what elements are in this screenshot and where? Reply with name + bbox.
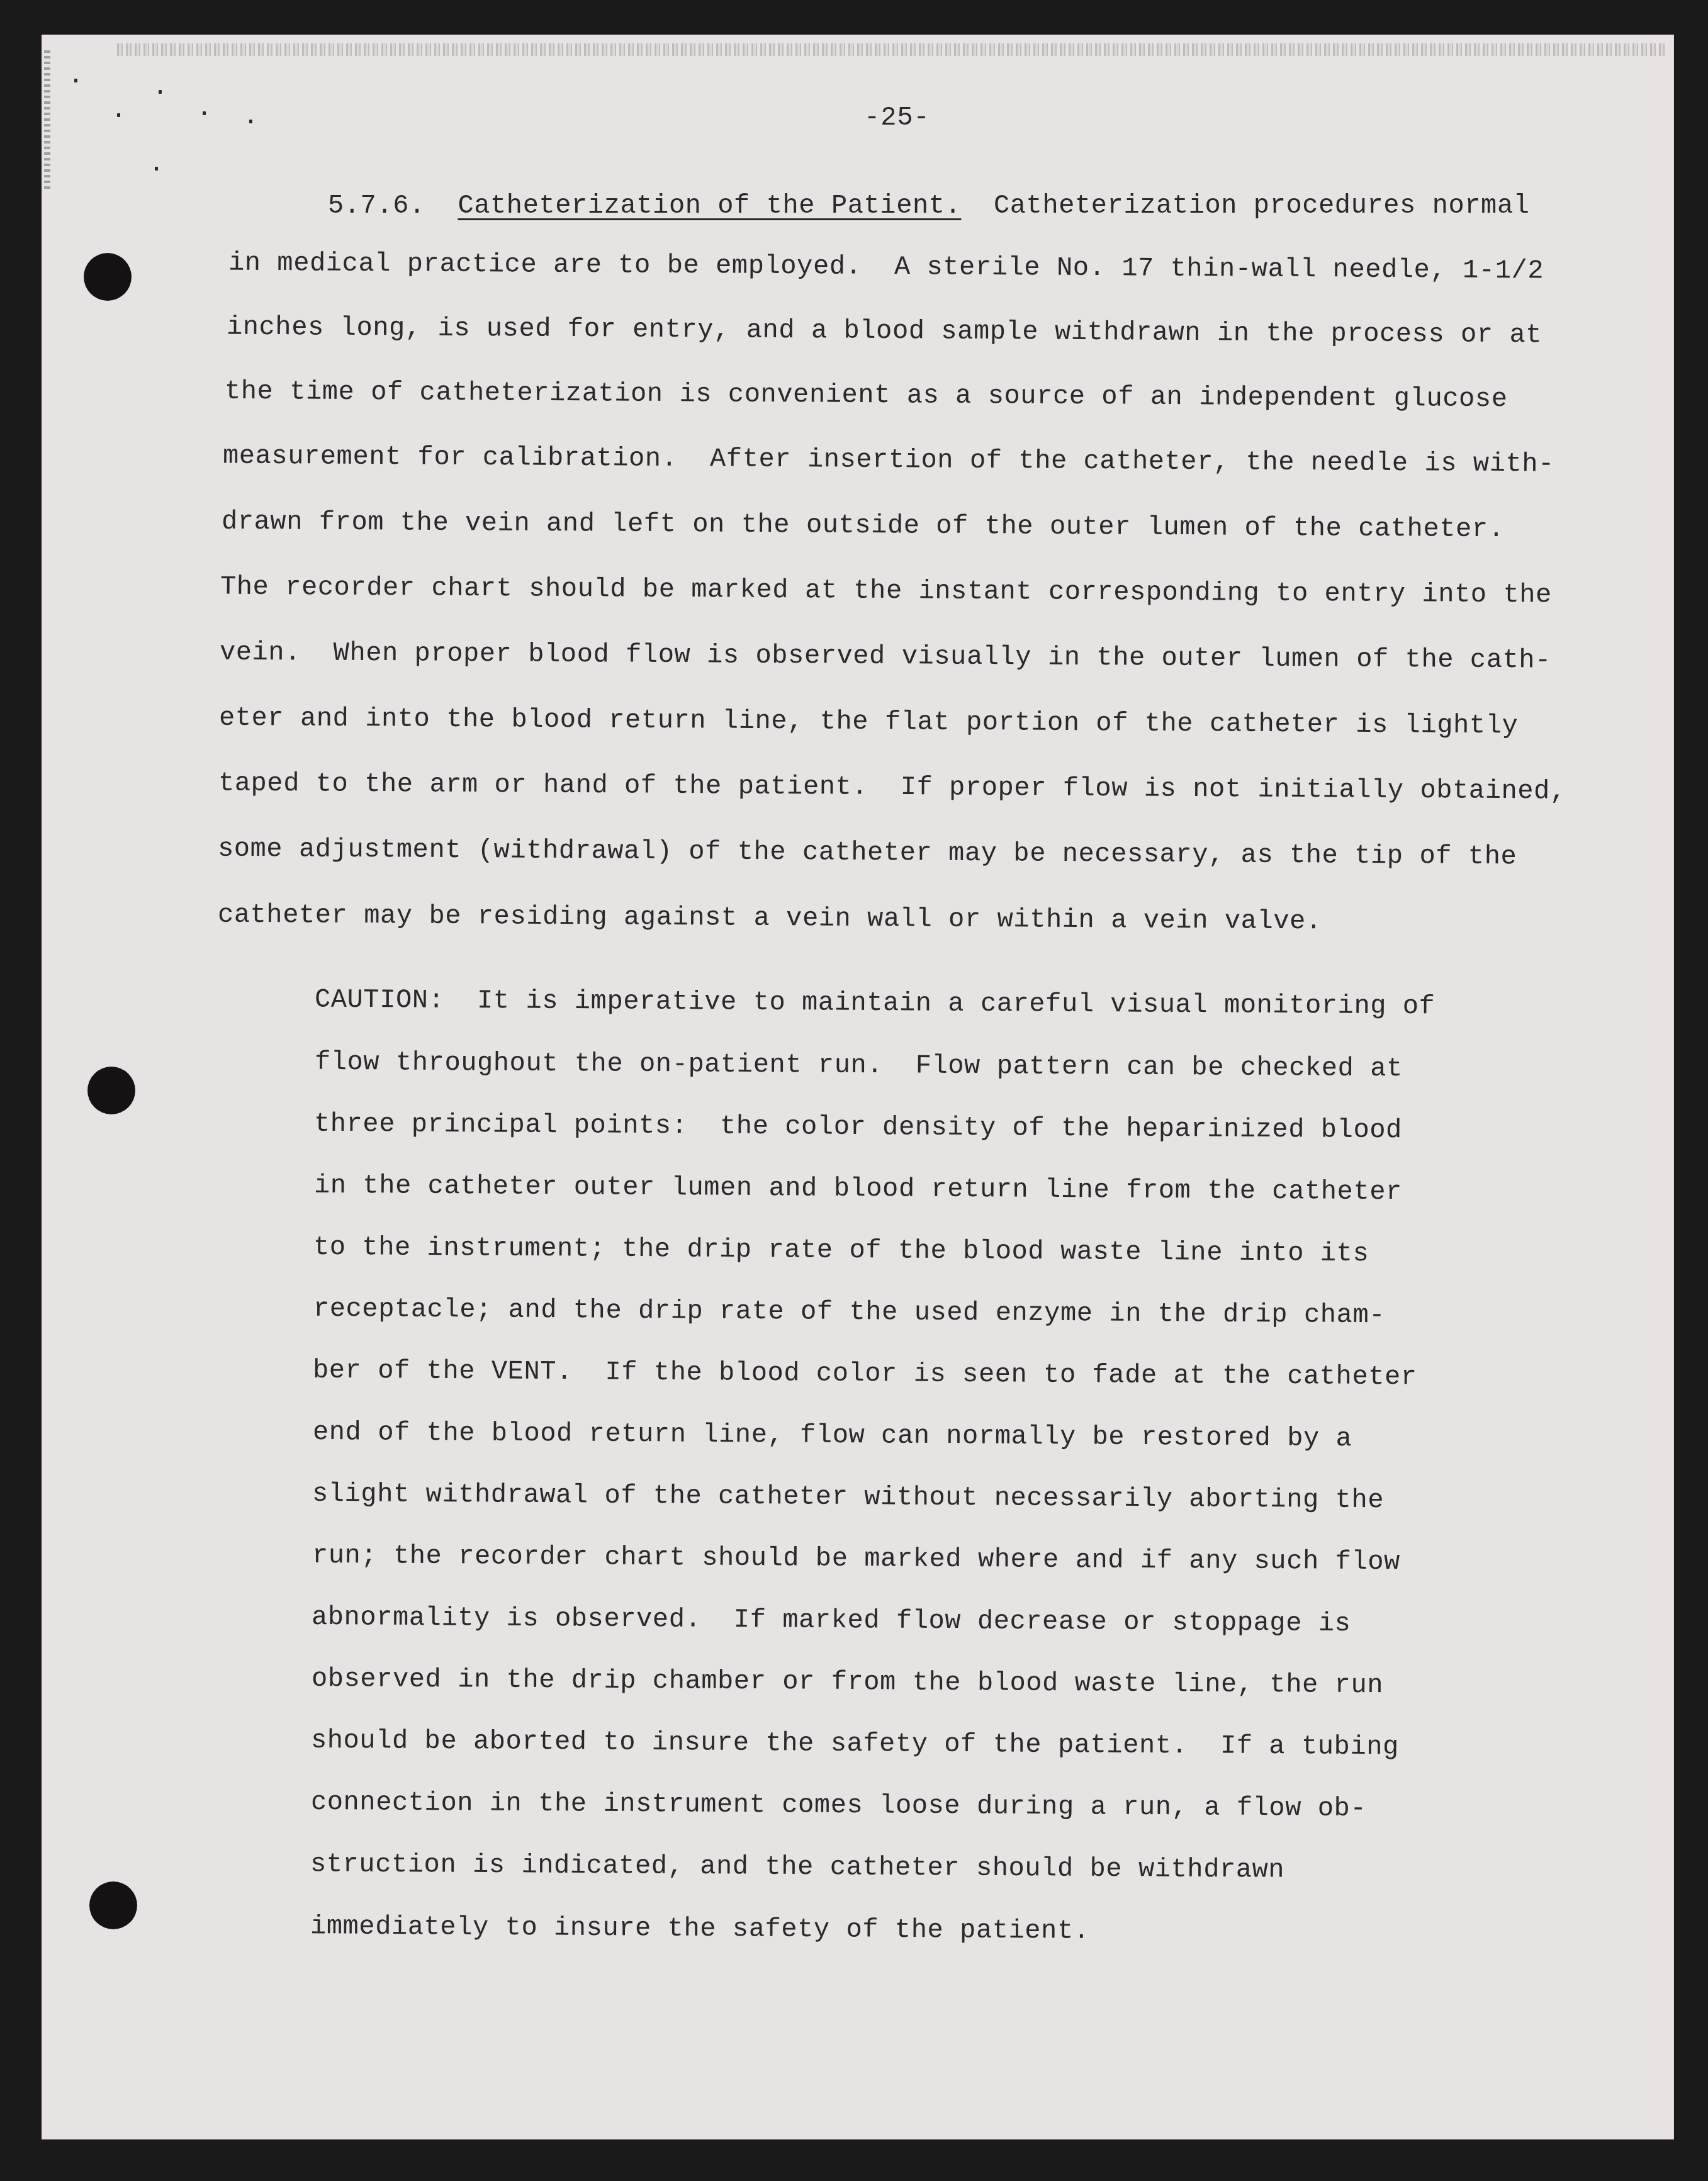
speck [249,120,252,123]
speck [155,167,158,171]
caution-line: three principal points: the color densit… [314,1109,1402,1146]
paragraph-line: drawn from the vein and left on the outs… [222,507,1505,544]
caution-line: immediately to insure the safety of the … [310,1911,1090,1946]
caution-line: to the instrument; the drip rate of the … [313,1232,1369,1269]
caution-line: should be aborted to insure the safety o… [311,1725,1399,1763]
caution-line: flow throughout the on-patient run. Flow… [315,1047,1403,1084]
paragraph-line: measurement for calibration. After inser… [223,441,1554,479]
caution-line: receptacle; and the drip rate of the use… [313,1294,1385,1330]
section-first-line-text: Catheterization procedures normal [961,191,1529,221]
scanner-edge-smudge [44,50,50,189]
caution-line: connection in the instrument comes loose… [311,1787,1367,1824]
speck [203,111,206,115]
paragraph-line: catheter may be residing against a vein … [218,900,1322,937]
caution-line: struction is indicated, and the catheter… [310,1849,1285,1885]
caution-line: CAUTION: It is imperative to maintain a … [315,985,1436,1022]
paragraph-line: the time of catheterization is convenien… [225,376,1508,414]
scanner-artifact-band [117,43,1665,56]
punch-hole-top [84,253,132,301]
speck [74,79,77,82]
paragraph-line: inches long, is used for entry, and a bl… [227,312,1542,350]
caution-line: slight withdrawal of the catheter withou… [312,1479,1384,1515]
section-title: Catheterization of the Patient. [458,191,961,221]
punch-hole-bottom [89,1881,137,1929]
speck [159,90,162,94]
caution-line: end of the blood return line, flow can n… [313,1417,1352,1454]
paragraph-line: some adjustment (withdrawal) of the cath… [218,834,1517,872]
caution-line: abnormality is observed. If marked flow … [312,1602,1351,1639]
caution-line: ber of the VENT. If the blood color is s… [313,1355,1417,1393]
punch-hole-middle [87,1067,135,1114]
caution-line: run; the recorder chart should be marked… [312,1540,1400,1578]
paragraph-line: eter and into the blood return line, the… [219,703,1519,741]
section-heading-line: 5.7.6. Catheterization of the Patient. C… [328,191,1530,221]
page-number: -25- [864,103,930,133]
paragraph-line: in medical practice are to be employed. … [228,248,1544,286]
caution-line: in the catheter outer lumen and blood re… [314,1170,1402,1208]
section-number: 5.7.6. [328,191,425,221]
paragraph-line: vein. When proper blood flow is observed… [220,637,1551,676]
paragraph-line: The recorder chart should be marked at t… [220,572,1552,610]
caution-line: observed in the drip chamber or from the… [312,1664,1383,1700]
speck [117,113,120,117]
paragraph-line: taped to the arm or hand of the patient.… [218,768,1566,806]
document-page: -25- 5.7.6. Catheterization of the Patie… [42,35,1674,2139]
